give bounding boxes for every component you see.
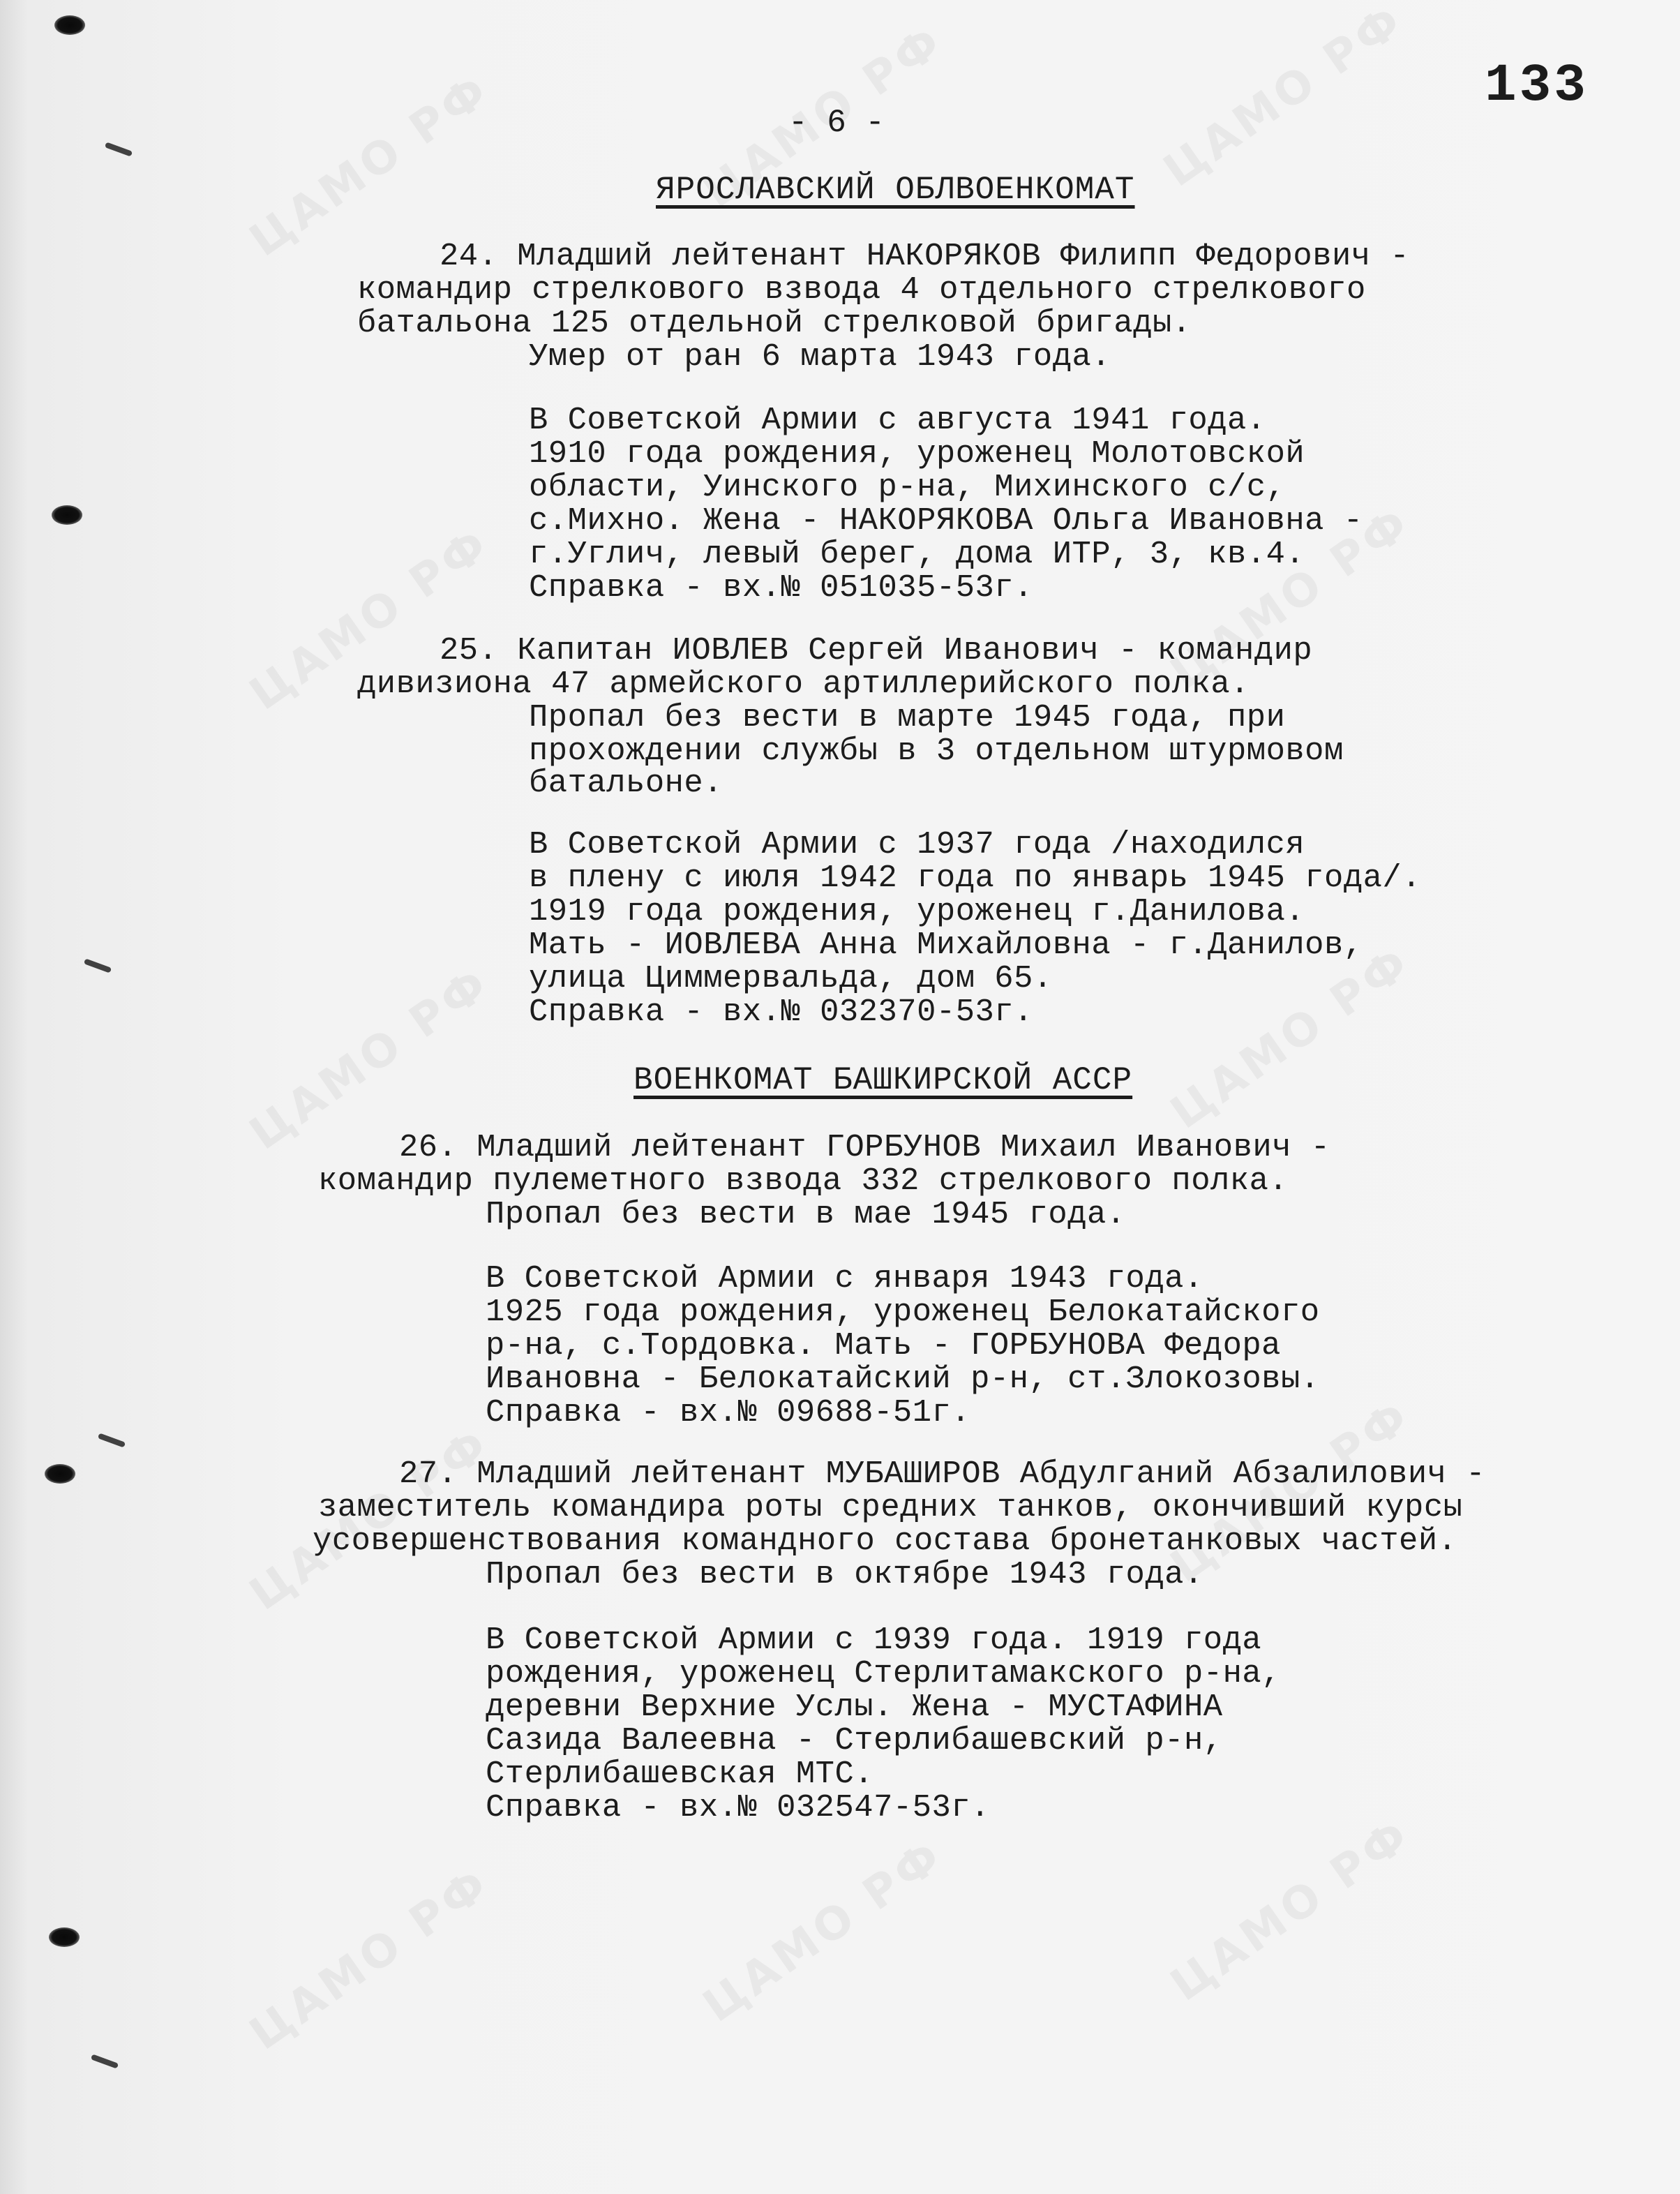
watermark: ЦАМО РФ — [1162, 1809, 1420, 2012]
entry-detail: 1919 года рождения, уроженец г.Данилова. — [529, 896, 1305, 928]
binder-hole — [49, 1927, 80, 1947]
entry-detail: р-на, с.Тордовка. Мать - ГОРБУНОВА Федор… — [486, 1330, 1281, 1362]
entry-detail: улица Циммервальда, дом 65. — [529, 963, 1053, 995]
entry-line: усовершенствования командного состава бр… — [313, 1525, 1457, 1558]
entry-detail: 1925 года рождения, уроженец Белокатайск… — [486, 1297, 1320, 1329]
page-number: - 6 - — [788, 105, 885, 141]
watermark: ЦАМО РФ — [1155, 0, 1413, 197]
entry-line: Пропал без вести в мае 1945 года. — [486, 1199, 1126, 1231]
entry-detail: Сазида Валеевна - Стерлибашевский р-н, — [486, 1725, 1223, 1757]
watermark: ЦАМО РФ — [241, 1858, 500, 2061]
entry-detail: Мать - ИОВЛЕВА Анна Михайловна - г.Данил… — [529, 930, 1363, 962]
entry-detail: 1910 года рождения, уроженец Молотовской — [529, 438, 1305, 470]
entry-line: заместитель командира роты средних танко… — [318, 1492, 1462, 1524]
entry-detail: области, Уинского р-на, Михинского с/с, — [529, 472, 1285, 504]
entry-detail: Справка - вх.№ 032370-53г. — [529, 997, 1033, 1029]
entry-line: командир пулеметного взвода 332 стрелков… — [318, 1165, 1288, 1197]
binder-hole — [45, 1464, 75, 1484]
entry-line: дивизиона 47 армейского артиллерийского … — [357, 669, 1250, 701]
entry-line: командир стрелкового взвода 4 отдельного… — [357, 274, 1366, 306]
entry-detail: В Советской Армии с августа 1941 года. — [529, 405, 1266, 437]
entry-detail: в плену с июля 1942 года по январь 1945 … — [529, 863, 1421, 895]
entry-line: Умер от ран 6 марта 1943 года. — [529, 341, 1111, 373]
paper-tear — [84, 958, 112, 973]
watermark: ЦАМО РФ — [241, 64, 500, 267]
section-heading: ЯРОСЛАВСКИЙ ОБЛВОЕНКОМАТ — [656, 172, 1135, 208]
entry-line: батальона 125 отдельной стрелковой брига… — [357, 308, 1192, 340]
entry-line: Пропал без вести в октябре 1943 года. — [486, 1559, 1203, 1591]
sheet-number: 133 — [1485, 56, 1589, 116]
entry-detail: Стерлибашевская МТС. — [486, 1759, 873, 1791]
entry-detail: В Советской Армии с 1939 года. 1919 года — [486, 1625, 1261, 1657]
entry-detail: Ивановна - Белокатайский р-н, ст.Злокозо… — [486, 1364, 1320, 1396]
entry-detail: Справка - вх.№ 032547-53г. — [486, 1792, 990, 1824]
entry-line: прохождении службы в 3 отдельном штурмов… — [529, 736, 1344, 768]
document-page: ЦАМО РФ ЦАМО РФ ЦАМО РФ ЦАМО РФ ЦАМО РФ … — [0, 0, 1680, 2194]
entry-detail: с.Михно. Жена - НАКОРЯКОВА Ольга Ивановн… — [529, 505, 1363, 537]
entry-detail: рождения, уроженец Стерлитамакского р-на… — [486, 1658, 1281, 1690]
binder-hole — [52, 505, 82, 525]
binder-hole — [54, 15, 85, 35]
entry-line: батальоне. — [529, 768, 723, 800]
entry-detail: Справка - вх.№ 09688-51г. — [486, 1397, 970, 1429]
entry-line: 24. Младший лейтенант НАКОРЯКОВ Филипп Ф… — [440, 241, 1409, 273]
watermark: ЦАМО РФ — [1162, 936, 1420, 1140]
entry-detail: В Советской Армии с января 1943 года. — [486, 1263, 1203, 1295]
entry-line: 27. Младший лейтенант МУБАШИРОВ Абдулган… — [399, 1458, 1485, 1491]
watermark: ЦАМО РФ — [694, 1830, 953, 2033]
paper-tear — [98, 1433, 126, 1447]
entry-detail: В Советской Армии с 1937 года /находился — [529, 829, 1305, 861]
section-heading: ВОЕНКОМАТ БАШКИРСКОЙ АССР — [633, 1062, 1132, 1098]
entry-line: Пропал без вести в марте 1945 года, при — [529, 702, 1285, 734]
entry-line: 25. Капитан ИОВЛЕВ Сергей Иванович - ком… — [440, 635, 1312, 667]
entry-line: 26. Младший лейтенант ГОРБУНОВ Михаил Ив… — [399, 1132, 1330, 1164]
entry-detail: деревни Верхние Услы. Жена - МУСТАФИНА — [486, 1692, 1223, 1724]
paper-tear — [105, 142, 133, 156]
entry-detail: г.Углич, левый берег, дома ИТР, 3, кв.4. — [529, 539, 1305, 571]
paper-tear — [91, 2054, 119, 2068]
entry-detail: Справка - вх.№ 051035-53г. — [529, 572, 1033, 604]
